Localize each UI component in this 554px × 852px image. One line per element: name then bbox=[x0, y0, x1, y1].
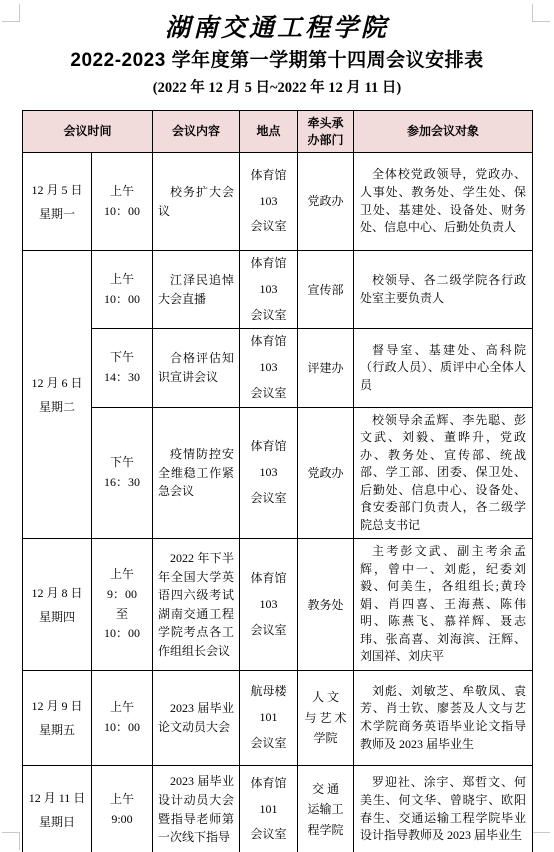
cell-date: 12 月 11 日 星期日 bbox=[23, 766, 92, 852]
cell-time: 上午 10：00 bbox=[92, 671, 153, 766]
school-name: 湖南交通工程学院 bbox=[0, 12, 554, 45]
cell-content: 合格评估知识宣讲会议 bbox=[153, 329, 240, 407]
table-header-row: 会议时间 会议内容 地点 牵头承 办部门 参加会议对象 bbox=[23, 111, 533, 153]
cell-department: 人 文 与 艺 术 学院 bbox=[298, 671, 354, 766]
cell-location: 体育馆 101 会议室 bbox=[240, 766, 298, 852]
cell-location: 体育馆 103 会议室 bbox=[240, 251, 298, 329]
cell-attendees: 刘彪、刘敏芝、牟敬凤、袁芳、肖士钦、廖荟及人文与艺术学院商务英语毕业论文指导教师… bbox=[354, 671, 533, 766]
margin-corner-mark bbox=[532, 832, 550, 850]
cell-content: 2023 届毕业论文动员大会 bbox=[153, 671, 240, 766]
table-row: 下午 16：30 疫情防控安全维稳工作紧急会议 体育馆 103 会议室 党政办 … bbox=[23, 407, 533, 539]
table-row: 12 月 8 日 星期四 上午 9：00 至 10：00 2022 年下半年全国… bbox=[23, 539, 533, 671]
table-row: 12 月 9 日 星期五 上午 10：00 2023 届毕业论文动员大会 航母楼… bbox=[23, 671, 533, 766]
cell-department: 交 通 运输工 程学院 bbox=[298, 766, 354, 852]
cell-department: 党政办 bbox=[298, 407, 354, 539]
cell-content: 2023 届毕业设计动员大会暨指导老师第一次线下指导 bbox=[153, 766, 240, 852]
cell-attendees: 校领导余孟辉、李先聪、彭文武、刘毅、董晔升，党政办、教务处、宣传部、统战部、学工… bbox=[354, 407, 533, 539]
cell-location: 体育馆 103 会议室 bbox=[240, 329, 298, 407]
meeting-schedule-table: 会议时间 会议内容 地点 牵头承 办部门 参加会议对象 12 月 5 日 星期一… bbox=[22, 110, 533, 852]
cell-time: 下午 14：30 bbox=[92, 329, 153, 407]
cell-department: 宣传部 bbox=[298, 251, 354, 329]
cell-date: 12 月 8 日 星期四 bbox=[23, 539, 92, 671]
cell-department: 党政办 bbox=[298, 153, 354, 251]
cell-attendees: 校领导、各二级学院各行政处室主要负责人 bbox=[354, 251, 533, 329]
col-header-department: 牵头承 办部门 bbox=[298, 111, 354, 153]
cell-time: 上午 10：00 bbox=[92, 153, 153, 251]
cell-date: 12 月 9 日 星期五 bbox=[23, 671, 92, 766]
cell-time: 上午 10：00 bbox=[92, 251, 153, 329]
cell-location: 体育馆 103 会议室 bbox=[240, 153, 298, 251]
page-title: 2022-2023 学年度第一学期第十四周会议安排表 bbox=[0, 50, 554, 73]
cell-content: 江泽民追悼大会直播 bbox=[153, 251, 240, 329]
cell-attendees: 全体校党政领导，党政办、人事处、教务处、学生处、保卫处、基建处、设备处、财务处、… bbox=[354, 153, 533, 251]
cell-time: 下午 16：30 bbox=[92, 407, 153, 539]
table-row: 12 月 6 日 星期二 上午 10：00 江泽民追悼大会直播 体育馆 103 … bbox=[23, 251, 533, 329]
date-range: (2022 年 12 月 5 日~2022 年 12 月 11 日) bbox=[0, 80, 554, 97]
margin-corner-mark bbox=[532, 4, 550, 22]
cell-date: 12 月 5 日 星期一 bbox=[23, 153, 92, 251]
cell-location: 航母楼 101 会议室 bbox=[240, 671, 298, 766]
cell-content: 疫情防控安全维稳工作紧急会议 bbox=[153, 407, 240, 539]
margin-corner-mark bbox=[2, 4, 20, 22]
cell-attendees: 主考彭文武、副主考余孟辉，曾中一、刘彪，纪委刘毅、何美生，各组组长;黄玲娟、肖四… bbox=[354, 539, 533, 671]
document-page: 湖南交通工程学院 2022-2023 学年度第一学期第十四周会议安排表 (202… bbox=[0, 0, 554, 852]
cell-location: 体育馆 103 会议室 bbox=[240, 407, 298, 539]
col-header-attendees: 参加会议对象 bbox=[354, 111, 533, 153]
col-header-location: 地点 bbox=[240, 111, 298, 153]
col-header-meeting-content: 会议内容 bbox=[153, 111, 240, 153]
table-row: 下午 14：30 合格评估知识宣讲会议 体育馆 103 会议室 评建办 督导室、… bbox=[23, 329, 533, 407]
cell-attendees: 督导室、基建处、高科院（行政人员）、质评中心全体人员 bbox=[354, 329, 533, 407]
cell-content: 校务扩大会议 bbox=[153, 153, 240, 251]
cell-location: 体育馆 103 会议室 bbox=[240, 539, 298, 671]
document-header: 湖南交通工程学院 2022-2023 学年度第一学期第十四周会议安排表 (202… bbox=[0, 0, 554, 98]
cell-department: 教务处 bbox=[298, 539, 354, 671]
table-row: 12 月 5 日 星期一 上午 10：00 校务扩大会议 体育馆 103 会议室… bbox=[23, 153, 533, 251]
cell-content: 2022 年下半年全国大学英语四六级考试湖南交通工程学院考点各工作组组长会议 bbox=[153, 539, 240, 671]
col-header-meeting-time: 会议时间 bbox=[23, 111, 153, 153]
cell-time: 上午 9：00 至 10：00 bbox=[92, 539, 153, 671]
cell-date: 12 月 6 日 星期二 bbox=[23, 251, 92, 539]
margin-corner-mark bbox=[2, 832, 20, 850]
table-row: 12 月 11 日 星期日 上午 9:00 2023 届毕业设计动员大会暨指导老… bbox=[23, 766, 533, 852]
cell-department: 评建办 bbox=[298, 329, 354, 407]
cell-attendees: 罗迎社、涂宇、郑哲文、何美生、何文华、曾晓宇、欧阳春生、交通运输工程学院毕业设计… bbox=[354, 766, 533, 852]
cell-time: 上午 9:00 bbox=[92, 766, 153, 852]
